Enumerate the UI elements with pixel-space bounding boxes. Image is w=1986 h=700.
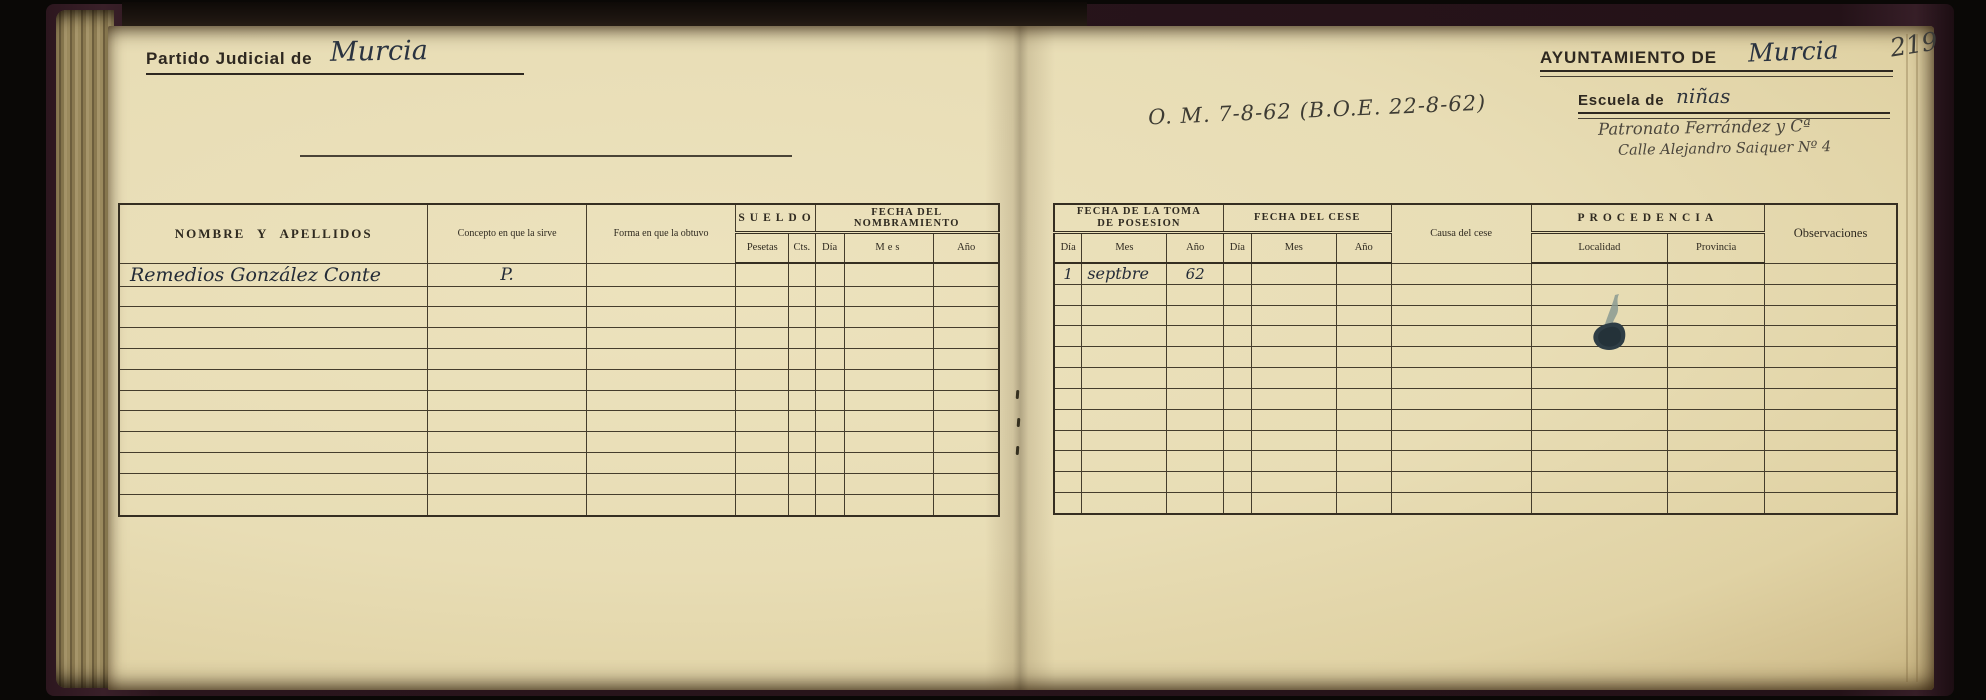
cell-empty: [1251, 451, 1336, 472]
cell-empty: [815, 473, 844, 494]
left-table-body: Remedios González ConteP.: [119, 263, 999, 516]
cell-empty: [428, 390, 586, 411]
cell-empty: [815, 307, 844, 328]
table-row: 1septbre62: [1054, 263, 1897, 284]
cell-empty: [815, 348, 844, 369]
cell-empty: [736, 473, 789, 494]
cell-empty: [1531, 388, 1668, 409]
cell-empty: [1668, 388, 1765, 409]
cell-empty: [1251, 472, 1336, 493]
cell-empty: [1531, 451, 1668, 472]
cell-empty: [119, 286, 428, 307]
cell-empty: [789, 307, 815, 328]
cell-empty: [428, 348, 586, 369]
cell-empty: [428, 307, 586, 328]
cell-empty: [586, 369, 736, 390]
cell-empty: [844, 411, 934, 432]
page-edge-line: [1916, 34, 1918, 682]
cell-empty: [1167, 305, 1223, 326]
cell-empty: [1167, 368, 1223, 389]
cell-empty: [1223, 263, 1251, 284]
partido-judicial-label: Partido Judicial de: [146, 49, 312, 69]
cell-empty: [1251, 263, 1336, 284]
cell-empty: [1082, 430, 1167, 451]
table-row: [1054, 451, 1897, 472]
cell-empty: [1082, 409, 1167, 430]
partido-judicial-value-handwritten: Murcia: [330, 35, 428, 68]
cell-empty: [1251, 409, 1336, 430]
cell-empty: [428, 328, 586, 349]
cell-empty: [1336, 472, 1391, 493]
cell-empty: [428, 411, 586, 432]
cell-empty: [1765, 263, 1897, 284]
cell-empty: [1167, 409, 1223, 430]
cell-empty: [1251, 326, 1336, 347]
cell-empty: [1668, 430, 1765, 451]
cell-empty: [1391, 284, 1531, 305]
cell-empty: [586, 286, 736, 307]
header-row-groups: FECHA DE LA TOMA DE POSESION FECHA DEL C…: [1054, 204, 1897, 232]
table-row: [119, 494, 999, 515]
cell-empty: [815, 453, 844, 474]
cell-empty: [1765, 326, 1897, 347]
header-underline: [146, 73, 524, 75]
cell-empty: [1765, 368, 1897, 389]
cell-empty: [1336, 388, 1391, 409]
cell-empty: [586, 307, 736, 328]
cell-empty: [815, 432, 844, 453]
cell-empty: [1082, 347, 1167, 368]
group-header-procedencia: PROCEDENCIA: [1531, 204, 1765, 232]
cell-empty: [119, 307, 428, 328]
cell-empty: [1167, 493, 1223, 514]
cell-empty: [119, 453, 428, 474]
cell-empty: [1223, 305, 1251, 326]
col-header-localidad: Localidad: [1531, 232, 1668, 263]
cell-empty: [1765, 388, 1897, 409]
cell-empty: [428, 494, 586, 515]
cell-empty: [1336, 430, 1391, 451]
cell-empty: [586, 494, 736, 515]
cell-empty: [815, 390, 844, 411]
cell-empty: [789, 411, 815, 432]
cell-empty: [1223, 368, 1251, 389]
cell-empty: [1054, 493, 1082, 514]
cell-empty: [934, 494, 999, 515]
cell-empty: [1391, 305, 1531, 326]
cell-empty: [1668, 368, 1765, 389]
cell-handwritten-entry: 62: [1167, 263, 1223, 284]
cell-empty: [1765, 472, 1897, 493]
cell-empty: [1336, 368, 1391, 389]
cell-empty: [1668, 347, 1765, 368]
cell-empty: [1391, 326, 1531, 347]
cell-empty: [736, 369, 789, 390]
cell-empty: [1054, 305, 1082, 326]
cell-empty: [1336, 263, 1391, 284]
cell-empty: [934, 390, 999, 411]
col-header-dia: Día: [815, 232, 844, 263]
cell-empty: [789, 369, 815, 390]
cell-empty: [119, 432, 428, 453]
cell-empty: [1336, 326, 1391, 347]
table-row: [1054, 347, 1897, 368]
cell-empty: [789, 348, 815, 369]
cell-empty: [934, 328, 999, 349]
cell-empty: [1251, 388, 1336, 409]
cell-empty: [815, 494, 844, 515]
cell-empty: [789, 432, 815, 453]
cell-empty: [844, 473, 934, 494]
cell-empty: [1668, 326, 1765, 347]
cell-empty: [586, 390, 736, 411]
cell-empty: [1668, 263, 1765, 284]
cell-empty: [1054, 472, 1082, 493]
cell-empty: [119, 328, 428, 349]
cell-empty: [1336, 305, 1391, 326]
cell-empty: [1167, 284, 1223, 305]
col-header-mes: Mes: [844, 232, 934, 263]
cell-empty: [815, 411, 844, 432]
cell-empty: [119, 473, 428, 494]
cell-empty: [1531, 430, 1668, 451]
ink-blot: [1588, 293, 1646, 355]
cell-empty: [815, 263, 844, 286]
table-row: [119, 328, 999, 349]
cell-empty: [844, 432, 934, 453]
col-header-mes-posesion: Mes: [1082, 232, 1167, 263]
cell-empty: [1668, 493, 1765, 514]
col-header-nombre: NOMBRE Y APELLIDOS: [119, 204, 428, 263]
cell-empty: [1391, 368, 1531, 389]
table-row: [119, 453, 999, 474]
cell-empty: [1223, 451, 1251, 472]
cell-empty: [1668, 305, 1765, 326]
register-book-scan: Partido Judicial de Murcia NOMBRE Y APEL…: [0, 0, 1986, 700]
cell-empty: [428, 432, 586, 453]
cell-empty: [1251, 347, 1336, 368]
cell-empty: [1054, 430, 1082, 451]
cell-empty: [1336, 284, 1391, 305]
cell-empty: [1251, 430, 1336, 451]
cell-empty: [1668, 284, 1765, 305]
cell-empty: [1336, 493, 1391, 514]
cell-empty: [789, 473, 815, 494]
cell-handwritten-entry: 1: [1054, 263, 1082, 284]
page-stack-edges: [56, 10, 114, 688]
cell-empty: [934, 263, 999, 286]
cell-empty: [1391, 388, 1531, 409]
col-header-ano: Año: [934, 232, 999, 263]
cell-handwritten-entry: P.: [428, 263, 586, 286]
cell-empty: [119, 369, 428, 390]
cell-empty: [1668, 451, 1765, 472]
col-header-observaciones: Observaciones: [1765, 204, 1897, 263]
cell-empty: [844, 369, 934, 390]
cell-empty: [1531, 409, 1668, 430]
cell-empty: [789, 286, 815, 307]
col-header-forma: Forma en que la obtuvo: [586, 204, 736, 263]
cell-empty: [844, 307, 934, 328]
binding-stitch: [1016, 390, 1020, 399]
table-row: [1054, 305, 1897, 326]
cell-empty: [1054, 368, 1082, 389]
cell-empty: [789, 328, 815, 349]
patronato-note-handwritten: Patronato Ferrández y Cª: [1598, 116, 1811, 139]
ayuntamiento-label: AYUNTAMIENTO DE: [1540, 48, 1717, 68]
table-row: [1054, 472, 1897, 493]
cell-empty: [1391, 263, 1531, 284]
cell-empty: [1391, 347, 1531, 368]
col-header-cts: Cts.: [789, 232, 815, 263]
binding-stitch: [1017, 418, 1021, 427]
cell-empty: [1167, 388, 1223, 409]
group-header-cese: FECHA DEL CESE: [1223, 204, 1391, 232]
cell-empty: [736, 390, 789, 411]
cell-empty: [934, 348, 999, 369]
cell-empty: [1223, 430, 1251, 451]
table-row: [1054, 326, 1897, 347]
cell-empty: [1391, 472, 1531, 493]
left-register-table: NOMBRE Y APELLIDOS Concepto en que la si…: [118, 203, 1000, 517]
cell-empty: [1054, 347, 1082, 368]
cell-empty: [1251, 305, 1336, 326]
cell-empty: [815, 286, 844, 307]
cell-empty: [736, 263, 789, 286]
cell-empty: [1082, 284, 1167, 305]
cell-empty: [1082, 388, 1167, 409]
cell-empty: [934, 411, 999, 432]
cell-empty: [1054, 326, 1082, 347]
table-row: [1054, 368, 1897, 389]
cell-empty: [1167, 430, 1223, 451]
cell-empty: [815, 369, 844, 390]
cell-empty: [1391, 493, 1531, 514]
cell-empty: [1765, 305, 1897, 326]
cell-empty: [428, 286, 586, 307]
cell-empty: [1391, 430, 1531, 451]
cell-empty: [1336, 347, 1391, 368]
cell-empty: [1531, 368, 1668, 389]
table-row: [119, 432, 999, 453]
cell-empty: [428, 369, 586, 390]
cell-empty: [428, 473, 586, 494]
cell-empty: [586, 453, 736, 474]
cell-empty: [1054, 388, 1082, 409]
right-table-body: 1septbre62: [1054, 263, 1897, 514]
cell-empty: [428, 453, 586, 474]
cell-empty: [1082, 451, 1167, 472]
cell-empty: [586, 263, 736, 286]
cell-empty: [844, 390, 934, 411]
binding-stitch: [1016, 446, 1020, 455]
cell-empty: [1082, 326, 1167, 347]
cell-empty: [1531, 263, 1668, 284]
cell-empty: [736, 411, 789, 432]
cell-empty: [1167, 326, 1223, 347]
col-header-dia-posesion: Día: [1054, 232, 1082, 263]
cell-empty: [736, 328, 789, 349]
col-header-pesetas: Pesetas: [736, 232, 789, 263]
table-row: [119, 307, 999, 328]
cell-empty: [844, 453, 934, 474]
cell-empty: [1223, 472, 1251, 493]
table-row: Remedios González ConteP.: [119, 263, 999, 286]
cell-empty: [1531, 493, 1668, 514]
cell-empty: [1765, 430, 1897, 451]
cell-empty: [1391, 451, 1531, 472]
cell-empty: [119, 348, 428, 369]
table-row: [1054, 409, 1897, 430]
cell-empty: [934, 286, 999, 307]
cell-empty: [119, 494, 428, 515]
posesion-line1: FECHA DE LA TOMA: [1057, 206, 1221, 218]
cell-empty: [934, 453, 999, 474]
cell-empty: [815, 328, 844, 349]
cell-empty: [1223, 409, 1251, 430]
cell-empty: [586, 473, 736, 494]
cell-empty: [1167, 472, 1223, 493]
col-header-ano-posesion: Año: [1167, 232, 1223, 263]
col-header-mes-cese: Mes: [1251, 232, 1336, 263]
col-header-ano-cese: Año: [1336, 232, 1391, 263]
cell-empty: [1668, 409, 1765, 430]
cell-empty: [1223, 493, 1251, 514]
cell-empty: [1391, 409, 1531, 430]
cell-empty: [1251, 368, 1336, 389]
cell-empty: [1167, 347, 1223, 368]
right-register-table: FECHA DE LA TOMA DE POSESION FECHA DEL C…: [1053, 203, 1898, 515]
cell-empty: [1336, 451, 1391, 472]
cell-empty: [586, 348, 736, 369]
cell-empty: [736, 286, 789, 307]
col-header-causa: Causa del cese: [1391, 204, 1531, 263]
cell-empty: [844, 348, 934, 369]
cell-empty: [1167, 451, 1223, 472]
table-row: [119, 390, 999, 411]
cell-empty: [586, 328, 736, 349]
cell-empty: [844, 494, 934, 515]
cell-empty: [1765, 493, 1897, 514]
cell-empty: [1765, 409, 1897, 430]
cell-empty: [736, 348, 789, 369]
cell-empty: [934, 307, 999, 328]
cell-empty: [119, 390, 428, 411]
escuela-label: Escuela de: [1578, 92, 1664, 109]
col-header-provincia: Provincia: [1668, 232, 1765, 263]
cell-empty: [934, 432, 999, 453]
cell-empty: [789, 263, 815, 286]
cell-empty: [1765, 347, 1897, 368]
group-header-sueldo: SUELDO: [736, 204, 815, 232]
escuela-value-handwritten: niñas: [1676, 84, 1730, 108]
cell-empty: [1223, 326, 1251, 347]
pre-table-rule: [300, 155, 792, 157]
cell-handwritten-entry: Remedios González Conte: [119, 263, 428, 286]
table-row: [1054, 284, 1897, 305]
table-row: [119, 473, 999, 494]
cell-empty: [789, 453, 815, 474]
ayuntamiento-value-handwritten: Murcia: [1748, 35, 1840, 67]
col-header-dia-cese: Día: [1223, 232, 1251, 263]
cell-empty: [1531, 472, 1668, 493]
cell-empty: [1765, 284, 1897, 305]
cell-empty: [1223, 388, 1251, 409]
cell-empty: [934, 369, 999, 390]
cell-empty: [586, 411, 736, 432]
cell-empty: [1082, 493, 1167, 514]
cell-empty: [1054, 284, 1082, 305]
cell-empty: [119, 411, 428, 432]
cell-empty: [1082, 305, 1167, 326]
cell-empty: [1054, 451, 1082, 472]
cell-empty: [789, 494, 815, 515]
group-header-nombramiento: FECHA DEL NOMBRAMIENTO: [815, 204, 999, 232]
cell-empty: [1765, 451, 1897, 472]
header-row-groups: NOMBRE Y APELLIDOS Concepto en que la si…: [119, 204, 999, 232]
cell-empty: [736, 307, 789, 328]
table-row: [1054, 388, 1897, 409]
cell-empty: [1251, 284, 1336, 305]
page-edge-line: [1906, 34, 1908, 682]
cell-empty: [1336, 409, 1391, 430]
posesion-line2: DE POSESION: [1057, 218, 1221, 230]
table-row: [119, 411, 999, 432]
cell-empty: [1668, 472, 1765, 493]
col-header-concepto: Concepto en que la sirve: [428, 204, 586, 263]
cell-empty: [1251, 493, 1336, 514]
cell-empty: [1054, 409, 1082, 430]
table-row: [1054, 493, 1897, 514]
table-row: [1054, 430, 1897, 451]
cell-empty: [844, 286, 934, 307]
cell-handwritten-entry: septbre: [1082, 263, 1167, 284]
table-row: [119, 348, 999, 369]
cell-empty: [934, 473, 999, 494]
cell-empty: [1082, 368, 1167, 389]
cell-empty: [736, 453, 789, 474]
cell-empty: [1223, 347, 1251, 368]
cell-empty: [1223, 284, 1251, 305]
cell-empty: [736, 432, 789, 453]
cell-empty: [844, 263, 934, 286]
cell-empty: [844, 328, 934, 349]
cell-empty: [736, 494, 789, 515]
ayuntamiento-underline: [1540, 70, 1893, 77]
group-header-posesion: FECHA DE LA TOMA DE POSESION: [1054, 204, 1223, 232]
table-row: [119, 369, 999, 390]
cell-empty: [586, 432, 736, 453]
cell-empty: [1082, 472, 1167, 493]
table-row: [119, 286, 999, 307]
cell-empty: [789, 390, 815, 411]
